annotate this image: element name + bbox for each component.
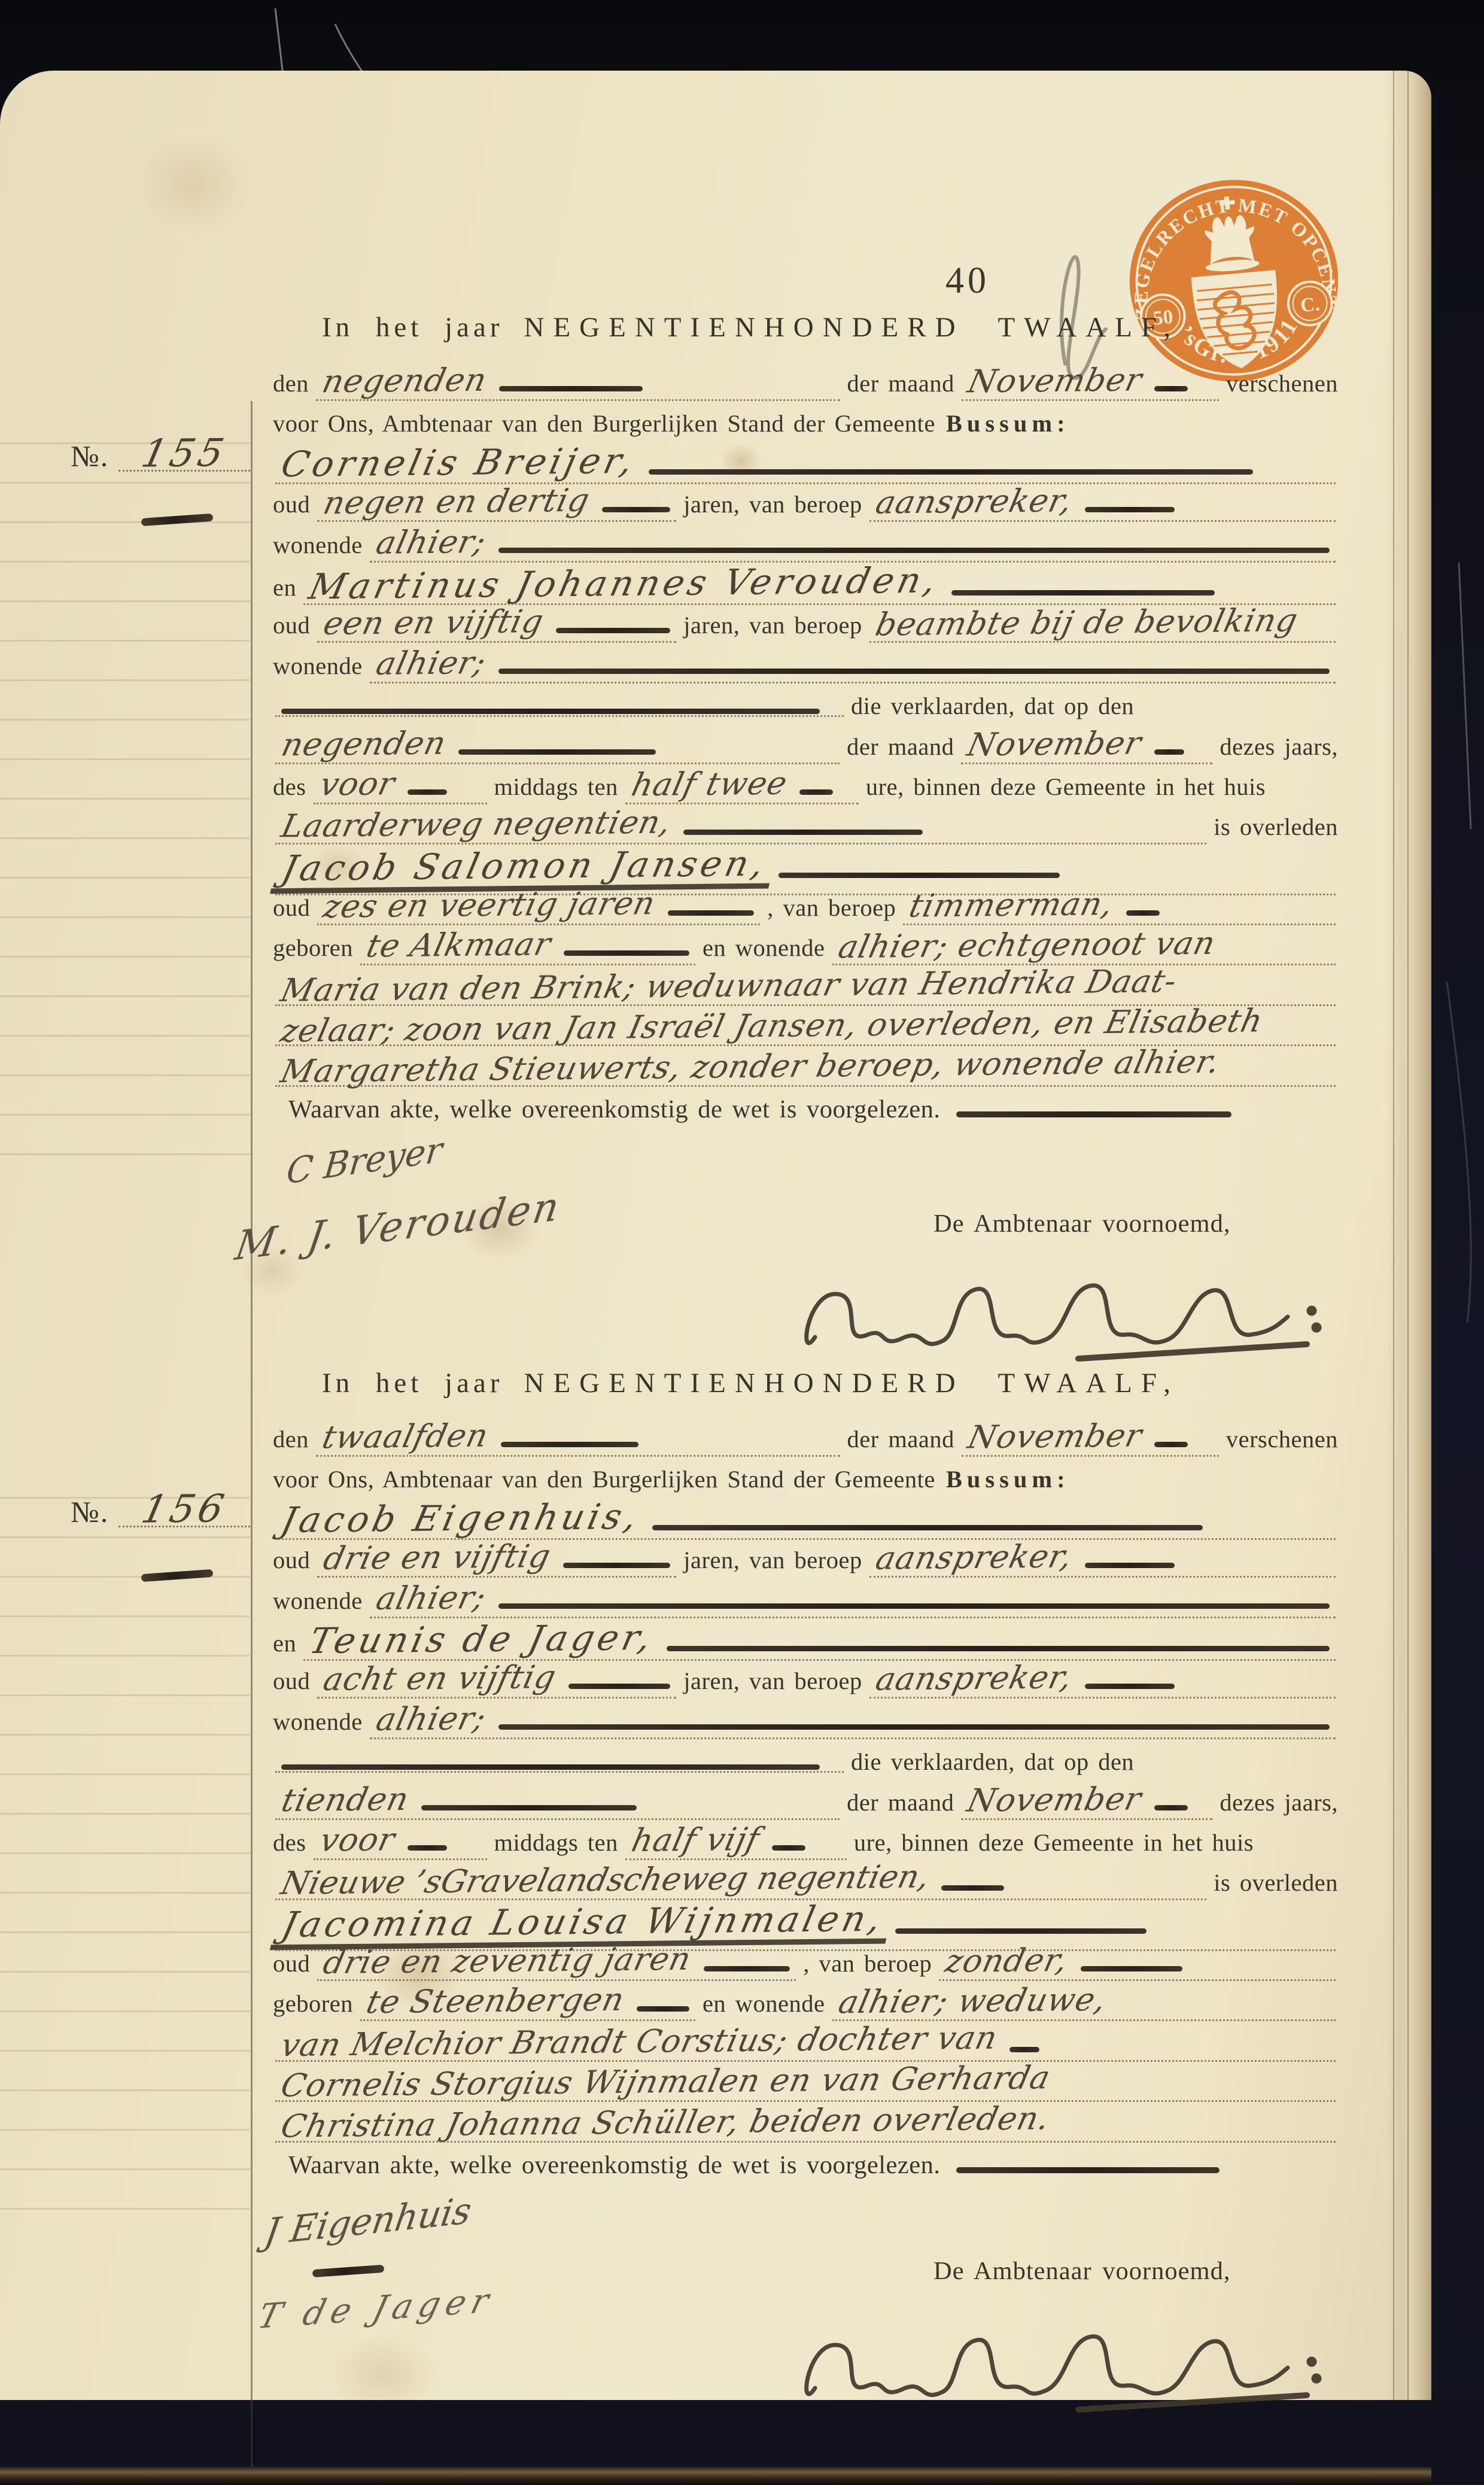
official-signature xyxy=(797,1244,1336,1363)
ink-stroke xyxy=(568,1684,670,1689)
printed-text: des xyxy=(270,1828,309,1857)
hw-age1: drie en vijftig xyxy=(314,1541,561,1575)
hw-deceased-residence: alhier; weduwe, xyxy=(828,1984,1116,2019)
ink-stroke xyxy=(1085,507,1175,512)
hw-deceased-profession: zonder, xyxy=(935,1945,1078,1977)
header-intro: In het jaar xyxy=(270,311,504,344)
ink-stroke xyxy=(408,1845,447,1851)
form-line-family2: zelaar; zoon van Jan Israël Jansen, over… xyxy=(270,1009,1340,1049)
ink-stroke xyxy=(941,1885,1004,1891)
act-number-156: №. 156 xyxy=(71,1490,244,1529)
ink-stroke xyxy=(498,1724,1330,1730)
printed-text: jaren, van beroep xyxy=(681,1667,864,1695)
book-page-edge xyxy=(1387,71,1431,2400)
ink-stroke xyxy=(668,910,754,916)
ink-stroke xyxy=(1154,749,1184,755)
printed-text: wonende xyxy=(270,652,365,680)
hw-death-day: negenden xyxy=(272,727,457,761)
form-line-deceased: Jacomina Louisa Wijnmalen, xyxy=(270,1904,1340,1944)
printed-text: oud xyxy=(270,894,312,922)
ink-stroke xyxy=(556,628,670,633)
act-header: In het jaar NEGENTIENHONDERD TWAALF, xyxy=(270,1367,1340,1420)
form-line-residence2: wonende alhier; xyxy=(270,1702,1340,1742)
form-line-age1: oud drie en vijftig jaren, van beroep aa… xyxy=(270,1541,1340,1581)
hw-age2: acht en vijftig xyxy=(314,1661,567,1696)
act-number-155: №. 155 xyxy=(71,435,244,473)
form-line-declarant1: Cornelis Breijer, xyxy=(270,445,1340,485)
printed-text: verschenen xyxy=(1224,1425,1340,1453)
hw-residence1: alhier; xyxy=(366,1581,496,1614)
hw-daypart: voor xyxy=(309,768,405,801)
ink-stroke xyxy=(799,789,833,795)
hw-month: November xyxy=(957,727,1152,761)
ink-stroke xyxy=(563,1563,670,1568)
hw-deceased-profession: timmerman, xyxy=(899,888,1124,922)
ink-stroke xyxy=(1154,1805,1188,1810)
photographed-register-scan: 40 ZEGELRECHT MET OPCENTEN ’sGr.★ 1911 5… xyxy=(0,0,1484,2485)
printed-text: , van beroep xyxy=(765,894,898,922)
ink-stroke xyxy=(683,830,923,835)
printed-text: oud xyxy=(270,611,312,639)
printed-text: ure, binnen deze Gemeente in het huis xyxy=(863,773,1268,801)
printed-text: dezes jaars, xyxy=(1217,1788,1340,1816)
form-line-address: Laarderweg negentien, is overleden xyxy=(270,807,1340,847)
form-line-declarant2: en Martinus Johannes Verouden, xyxy=(270,566,1340,606)
hw-declarant1: Cornelis Breijer, xyxy=(271,443,647,482)
form-line-death-time: des voor middags ten half twee ure, binn… xyxy=(270,767,1340,807)
form-line-closing: Waarvan akte, welke overeenkomstig de we… xyxy=(270,1090,1340,1130)
form-line-age1: oud negen en dertig jaren, van beroep aa… xyxy=(270,485,1340,525)
printed-text: jaren, van beroep xyxy=(681,1546,864,1574)
form-line-declaration: die verklaarden, dat op den xyxy=(270,1742,1340,1782)
ink-stroke xyxy=(951,590,1215,596)
hw-hour: half twee xyxy=(622,767,798,801)
header-year: NEGENTIENHONDERD TWAALF, xyxy=(524,311,1180,344)
printed-text: en xyxy=(270,1629,299,1657)
ink-stroke xyxy=(956,2167,1220,2173)
hw-profession2: beambte bij de bevolking xyxy=(865,605,1308,642)
printed-text: voor Ons, Ambtenaar van den Burgerlijken… xyxy=(270,409,938,438)
ink-stroke xyxy=(637,2006,689,2012)
form-line-death-date: negenden der maand November dezes jaars, xyxy=(270,727,1340,767)
printed-text: is overleden xyxy=(1211,813,1340,841)
printed-text: en xyxy=(270,573,299,601)
margin-rule-line xyxy=(251,401,253,2467)
hw-declarant1: Jacob Eigenhuis, xyxy=(271,1499,651,1538)
ink-stroke xyxy=(667,1646,1330,1651)
hw-address: Laarderweg negentien, xyxy=(271,807,682,843)
witness-signature-1: C Breyer xyxy=(285,1132,444,1189)
ink-stroke xyxy=(652,1525,1203,1530)
printed-text: wonende xyxy=(270,1587,365,1615)
printed-text: den xyxy=(270,369,311,397)
ink-stroke xyxy=(281,709,820,714)
form-line-registrar: voor Ons, Ambtenaar van den Burgerlijken… xyxy=(270,1460,1340,1500)
printed-text: oud xyxy=(270,1949,312,1977)
form-line-declaration: die verklaarden, dat op den xyxy=(270,686,1340,727)
act-number-value: 156 xyxy=(131,1490,238,1529)
printed-municipality: Bussum: xyxy=(944,409,1072,438)
form-line-closing: Waarvan akte, welke overeenkomstig de we… xyxy=(270,2146,1340,2186)
form-line-family3: Christina Johanna Schüller, beiden overl… xyxy=(270,2106,1340,2146)
header-year: NEGENTIENHONDERD TWAALF, xyxy=(524,1367,1180,1399)
form-line-family2: Cornelis Storgius Wijnmalen en van Gerha… xyxy=(270,2065,1340,2105)
printed-text: jaren, van beroep xyxy=(681,490,864,518)
official-signature xyxy=(797,2295,1336,2414)
printed-closing: Waarvan akte, welke overeenkomstig de we… xyxy=(270,2150,943,2180)
hw-declarant2: Teunis de Jager, xyxy=(299,1620,665,1658)
act-header: In het jaar NEGENTIENHONDERD TWAALF, xyxy=(270,311,1340,364)
hw-age2: een en vijftig xyxy=(314,606,554,640)
ink-stroke xyxy=(499,386,643,391)
printed-text: der maand xyxy=(844,733,956,761)
ink-stroke xyxy=(1085,1684,1175,1689)
form-line-address: Nieuwe ’sGravelandscheweg negentien, is … xyxy=(270,1863,1340,1903)
printed-text: en wonende xyxy=(700,934,828,962)
act-number-value: 155 xyxy=(131,434,238,473)
signature-area: C Breyer M. J. Verouden De Ambtenaar voo… xyxy=(270,1130,1340,1365)
hw-month: November xyxy=(957,1783,1152,1816)
witness-signature-2: T de Jager xyxy=(254,2284,498,2335)
form-line-birthplace: geboren te Steenbergen en wonende alhier… xyxy=(270,1984,1340,2024)
form-line-death-time: des voor middags ten half vijf ure, binn… xyxy=(270,1823,1340,1863)
printed-text: der maand xyxy=(844,1788,956,1816)
printed-text: en wonende xyxy=(700,1989,828,2018)
form-line-registrar: voor Ons, Ambtenaar van den Burgerlijken… xyxy=(270,404,1340,444)
ink-stroke xyxy=(895,1928,1147,1934)
printed-text: der maand xyxy=(845,1425,957,1453)
hw-birthplace: te Steenbergen xyxy=(357,1984,635,2019)
hw-birthplace: te Alkmaar xyxy=(357,929,561,962)
ink-stroke xyxy=(602,507,670,512)
ink-stroke xyxy=(458,749,656,755)
printed-text: die verklaarden, dat op den xyxy=(849,1748,1136,1776)
form-line-age2: oud een en vijftig jaren, van beroep bea… xyxy=(270,606,1340,646)
hw-family-line: Maria van den Brink; weduwnaar van Hendr… xyxy=(270,965,1187,1007)
form-line-age2: oud acht en vijftig jaren, van beroep aa… xyxy=(270,1661,1340,1702)
ink-stroke xyxy=(1154,1442,1188,1447)
hw-residence1: alhier; xyxy=(366,525,496,558)
printed-text: geboren xyxy=(270,934,355,962)
ink-stroke xyxy=(704,1966,790,1971)
ink-stroke xyxy=(1081,1966,1182,1971)
hw-hour: half vijf xyxy=(622,1824,770,1857)
hw-family-line: Margaretha Stieuwerts, zonder beroep, wo… xyxy=(270,1046,1230,1087)
printed-closing: Waarvan akte, welke overeenkomstig de we… xyxy=(270,1095,943,1124)
ink-stroke xyxy=(281,1764,820,1770)
ink-stroke xyxy=(772,1845,805,1851)
form-line-death-date: tienden der maand November dezes jaars, xyxy=(270,1783,1340,1823)
hw-family-line: zelaar; zoon van Jan Israël Jansen, over… xyxy=(270,1005,1273,1047)
hw-declarant2: Martinus Johannes Verouden, xyxy=(299,562,950,604)
hw-month: November xyxy=(958,1420,1152,1453)
ink-stroke xyxy=(1085,1563,1175,1568)
death-act-155: In het jaar NEGENTIENHONDERD TWAALF, den… xyxy=(270,311,1340,1365)
header-intro: In het jaar xyxy=(270,1367,504,1399)
hw-address: Nieuwe ’sGravelandscheweg negentien, xyxy=(271,1861,939,1900)
printed-text: der maand xyxy=(845,369,957,397)
page-edge-line xyxy=(1407,71,1409,2400)
hw-deceased-age: zes en veertig jaren xyxy=(314,888,666,923)
hw-deceased-residence: alhier; echtgenoot van xyxy=(828,928,1225,964)
page-number: 40 xyxy=(945,260,990,302)
hw-age1: negen en dertig xyxy=(314,485,600,520)
ink-stroke xyxy=(501,1442,638,1447)
printed-text: jaren, van beroep xyxy=(681,611,864,639)
printed-text: verschenen xyxy=(1224,369,1340,397)
number-sign: №. xyxy=(71,439,109,473)
printed-text: middags ten xyxy=(492,773,621,801)
ink-stroke xyxy=(956,1111,1231,1117)
printed-text: is overleden xyxy=(1211,1869,1340,1897)
hw-day: twaalfden xyxy=(312,1420,498,1453)
ink-stroke xyxy=(564,950,689,956)
printed-text: oud xyxy=(270,1546,312,1574)
witness-signature-1: J Eigenhuis xyxy=(262,2193,474,2252)
page-edge-line xyxy=(1393,71,1394,2400)
printed-text: middags ten xyxy=(492,1828,621,1857)
hw-residence2: alhier; xyxy=(366,647,496,680)
printed-text: des xyxy=(270,773,309,801)
printed-text: voor Ons, Ambtenaar van den Burgerlijken… xyxy=(270,1465,938,1493)
official-title: De Ambtenaar voornoemd, xyxy=(933,2256,1230,2286)
printed-text: oud xyxy=(270,490,312,518)
hw-profession2: aanspreker, xyxy=(865,1662,1082,1696)
hw-family-line: Christina Johanna Schüller, beiden overl… xyxy=(271,2103,1060,2143)
ink-stroke xyxy=(779,873,1060,878)
hw-daypart: voor xyxy=(309,1824,405,1857)
hw-family-line: van Melchior Brandt Corstius; dochter va… xyxy=(271,2022,1008,2061)
form-line-residence1: wonende alhier; xyxy=(270,1581,1340,1621)
form-line-declarant2: en Teunis de Jager, xyxy=(270,1621,1340,1661)
official-title: De Ambtenaar voornoemd, xyxy=(933,1209,1230,1238)
hw-death-day: tienden xyxy=(272,1783,419,1816)
printed-text: wonende xyxy=(270,531,365,559)
form-line-family1: van Melchior Brandt Corstius; dochter va… xyxy=(270,2025,1340,2065)
printed-text: oud xyxy=(270,1667,312,1695)
number-sign: №. xyxy=(71,1494,109,1529)
printed-municipality: Bussum: xyxy=(944,1465,1072,1493)
hw-profession1: aanspreker, xyxy=(865,485,1082,519)
ink-stroke xyxy=(498,669,1330,674)
signature-area: J Eigenhuis T de Jager De Ambtenaar voor… xyxy=(270,2186,1340,2420)
printed-text: den xyxy=(270,1425,311,1453)
form-line-date: den negenden der maand November verschen… xyxy=(270,364,1340,404)
book-bottom-edge xyxy=(0,2466,1431,2484)
ink-stroke xyxy=(498,548,1330,553)
hw-profession1: aanspreker, xyxy=(865,1541,1082,1575)
form-line-residence1: wonende alhier; xyxy=(270,525,1340,566)
ink-stroke xyxy=(1154,386,1188,391)
form-line-family3: Margaretha Stieuwerts, zonder beroep, wo… xyxy=(270,1050,1340,1090)
printed-text: geboren xyxy=(270,1989,355,2018)
ink-stroke xyxy=(1009,2047,1039,2052)
hw-month: November xyxy=(958,364,1152,397)
printed-text: dezes jaars, xyxy=(1217,733,1340,761)
witness-signature-2: M. J. Verouden xyxy=(233,1186,564,1266)
hw-day: negenden xyxy=(312,364,497,397)
printed-text: wonende xyxy=(270,1708,365,1736)
form-line-deceased: Jacob Salomon Jansen, xyxy=(270,848,1340,888)
printed-text: ure, binnen deze Gemeente in het huis xyxy=(852,1828,1256,1857)
form-line-residence2: wonende alhier; xyxy=(270,646,1340,686)
hw-deceased-age: drie en zeventig jaren xyxy=(314,1943,702,1979)
ink-stroke xyxy=(498,1603,1330,1609)
ink-stroke xyxy=(421,1805,637,1810)
hw-residence2: alhier; xyxy=(366,1703,496,1736)
printed-text: die verklaarden, dat op den xyxy=(849,692,1136,720)
ink-stroke xyxy=(408,789,447,795)
hw-family-line: Cornelis Storgius Wijnmalen en van Gerha… xyxy=(271,2062,1061,2102)
ink-stroke xyxy=(649,469,1253,475)
printed-text: , van beroep xyxy=(801,1949,934,1977)
death-act-156: In het jaar NEGENTIENHONDERD TWAALF, den… xyxy=(270,1367,1340,2420)
form-line-date: den twaalfden der maand November versche… xyxy=(270,1420,1340,1460)
signature-underline xyxy=(312,2265,385,2277)
ink-stroke xyxy=(1126,910,1160,916)
form-line-declarant1: Jacob Eigenhuis, xyxy=(270,1500,1340,1541)
register-page: 40 ZEGELRECHT MET OPCENTEN ’sGr.★ 1911 5… xyxy=(0,71,1431,2400)
